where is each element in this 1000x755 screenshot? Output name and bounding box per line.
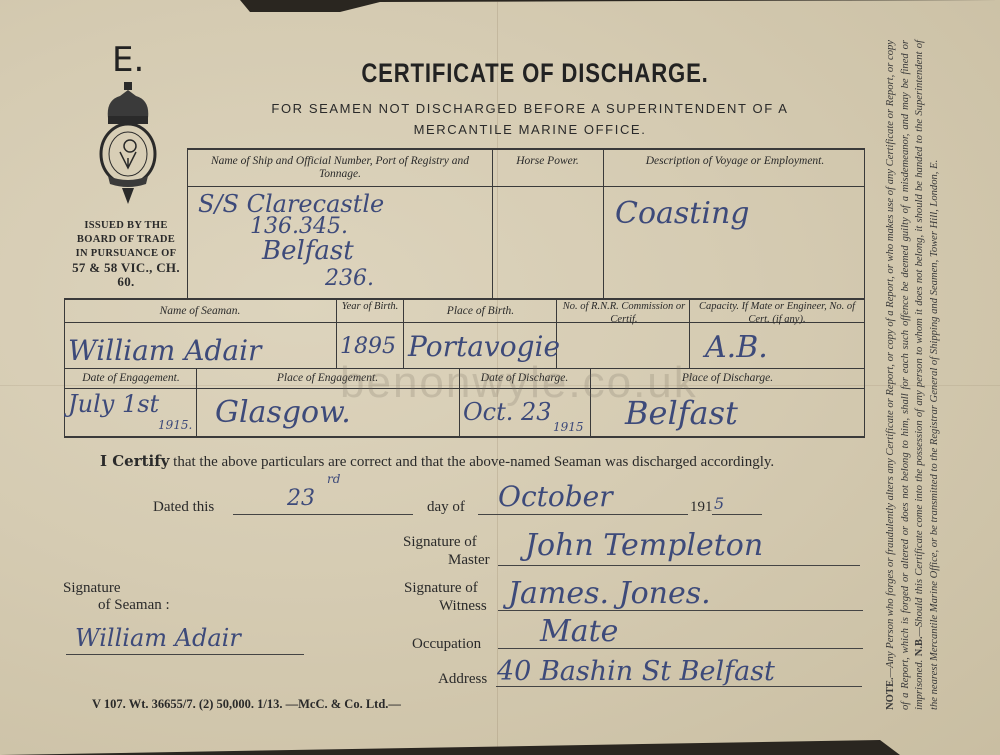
witness-signature-value: James. Jones. [508, 576, 711, 611]
day-suffix: rd [327, 472, 340, 486]
master-signature-label-1: Signature of [403, 534, 477, 551]
date-of-engagement-header: Date of Engagement. [66, 372, 196, 385]
form-letter: E. [112, 40, 144, 80]
witness-signature-label-1: Signature of [404, 580, 478, 597]
print-code: V 107. Wt. 36655/7. (2) 50,000. 1/13. —M… [92, 697, 401, 712]
ship-name-header: Name of Ship and Official Number, Port o… [190, 155, 490, 181]
day-value: 23 [287, 486, 315, 511]
seaman-name-value: William Adair [68, 334, 261, 367]
voyage-value: Coasting [615, 196, 749, 231]
issued-by-statement: ISSUED BY THE BOARD OF TRADE IN PURSUANC… [62, 219, 190, 289]
date-of-engagement-year: 1915. [158, 418, 192, 432]
address-label: Address [438, 671, 487, 688]
side-note: NOTE.—Any Person who forges or fraudulen… [868, 40, 958, 710]
seaman-signature-value: William Adair [75, 624, 241, 652]
watermark: benonwyle.co.uk [340, 358, 698, 408]
royal-crown-crest-icon [98, 80, 158, 210]
place-of-engagement-value: Glasgow. [215, 395, 351, 430]
nb-label: N.B. [914, 636, 925, 656]
master-signature-value: John Templeton [525, 528, 763, 563]
month-value: October [498, 480, 613, 513]
year-prefix: 191 [690, 499, 713, 516]
certificate-subtitle: FOR SEAMEN NOT DISCHARGED BEFORE A SUPER… [230, 98, 830, 140]
place-of-birth-header: Place of Birth. [408, 305, 553, 318]
seaman-name-header: Name of Seaman. [70, 305, 330, 318]
capacity-header: Capacity. If Mate or Engineer, No. of Ce… [692, 300, 862, 326]
witness-signature-label-2: Witness [439, 598, 487, 615]
date-of-discharge-year: 1915 [553, 420, 584, 434]
date-of-engagement-value: July 1st [68, 390, 159, 418]
year-of-birth-header: Year of Birth. [340, 300, 400, 313]
seaman-signature-label-1: Signature [63, 580, 121, 597]
certificate-title: CERTIFICATE OF DISCHARGE. [293, 58, 777, 89]
master-signature-label-2: Master [448, 552, 490, 569]
nb-text: —Should this Certificate come into the p… [914, 40, 940, 710]
certification-statement: I Certify that the above particulars are… [63, 452, 868, 471]
certificate-paper: E. ISSUED BY THE BOARD OF TRADE IN PURSU… [0, 0, 1000, 755]
year-of-birth-value: 1895 [340, 334, 396, 359]
note-label: NOTE. [885, 677, 896, 710]
capacity-value: A.B. [705, 330, 768, 365]
address-value: 40 Bashin St Belfast [497, 656, 775, 687]
rnr-number-header: No. of R.N.R. Commission or Certif. [560, 300, 688, 326]
tonnage-value: 236. [325, 266, 374, 291]
dated-this-label: Dated this [153, 499, 214, 516]
horse-power-header: Horse Power. [500, 155, 595, 168]
voyage-header: Description of Voyage or Employment. [640, 155, 830, 168]
port-of-registry-value: Belfast [262, 236, 354, 266]
occupation-value: Mate [540, 614, 618, 649]
seaman-signature-label-2: of Seaman : [98, 597, 170, 614]
day-of-label: day of [427, 499, 465, 516]
year-digit: 5 [714, 494, 724, 513]
occupation-label: Occupation [412, 636, 481, 653]
